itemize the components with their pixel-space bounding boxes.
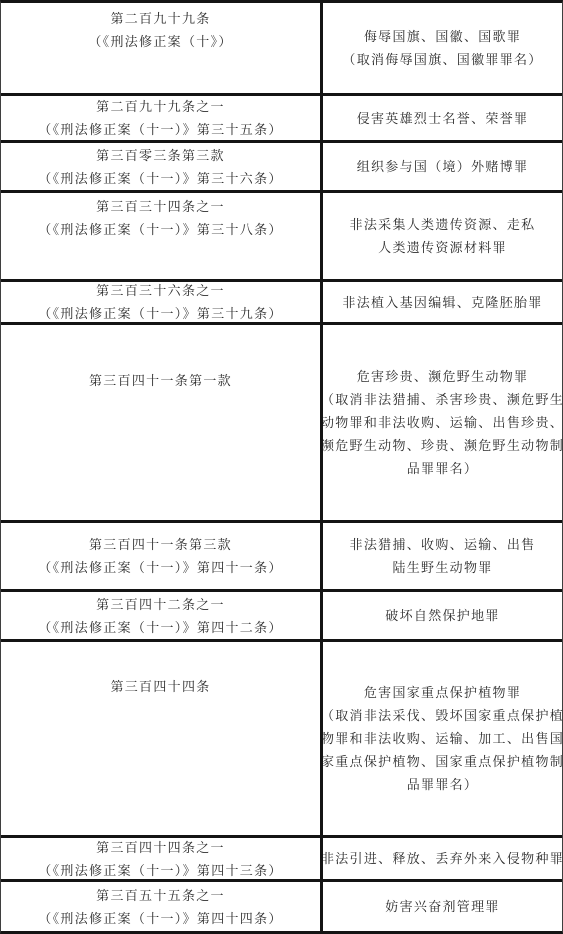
article-line: 第三百四十四条之一 xyxy=(96,838,225,859)
article-cell: 第三百五十五条之一 （《刑法修正案（十一）》第四十四条） xyxy=(1,882,323,931)
crime-line: （取消非法猎捕、杀害珍贵、濒危野生 xyxy=(323,388,562,411)
table-row: 第三百零三条第三款 （《刑法修正案（十一）》第三十六条） 组织参与国（境）外赌博… xyxy=(1,143,562,193)
article-line: 第三百四十二条之一 xyxy=(96,593,225,616)
crime-cell: 非法植入基因编辑、克隆胚胎罪 xyxy=(323,282,562,322)
article-line: 第三百三十四条之一 xyxy=(96,195,225,218)
crime-cell: 非法采集人类遗传资源、走私 人类遗传资源材料罪 xyxy=(323,193,562,279)
article-line: （《刑法修正案（十一）》第三十九条） xyxy=(38,302,282,322)
article-cell: 第三百四十二条之一 （《刑法修正案（十一）》第四十二条） xyxy=(1,592,323,639)
article-cell: 第三百三十四条之一 （《刑法修正案（十一）》第三十八条） xyxy=(1,193,323,279)
table-row: 第三百四十四条 危害国家重点保护植物罪 （取消非法采伐、毁坏国家重点保护植 物罪… xyxy=(1,642,562,838)
article-line: 第三百四十一条第三款 xyxy=(89,533,232,556)
article-line: 第二百九十九条 xyxy=(110,7,210,30)
article-line: 第三百零三条第三款 xyxy=(96,144,225,167)
crime-line: 人类遗传资源材料罪 xyxy=(378,236,507,259)
article-cell: 第三百四十四条 xyxy=(1,642,323,835)
crime-line: 非法植入基因编辑、克隆胚胎罪 xyxy=(342,291,542,314)
crime-line: 家重点保护植物、国家重点保护植物制 xyxy=(323,750,562,773)
crime-line: 非法猎捕、收购、运输、出售 xyxy=(350,533,536,556)
crime-line: 侮辱国旗、国徽、国歌罪 xyxy=(364,25,521,48)
table-row: 第二百九十九条 （《刑法修正案（十》） 侮辱国旗、国徽、国歌罪 （取消侮辱国旗、… xyxy=(1,3,562,96)
article-cell: 第二百九十九条 （《刑法修正案（十》） xyxy=(1,3,323,93)
article-line: 第三百三十六条之一 xyxy=(96,282,225,302)
article-cell: 第三百三十六条之一 （《刑法修正案（十一）》第三十九条） xyxy=(1,282,323,322)
crime-line: 物罪和非法收购、运输、加工、出售国 xyxy=(323,727,562,750)
crime-cell: 破坏自然保护地罪 xyxy=(323,592,562,639)
article-line: （《刑法修正案（十一）》第四十一条） xyxy=(38,556,282,579)
crime-line: （取消非法采伐、毁坏国家重点保护植 xyxy=(323,704,562,727)
crime-line: 非法采集人类遗传资源、走私 xyxy=(350,213,536,236)
crime-cell: 妨害兴奋剂管理罪 xyxy=(323,882,562,931)
criminal-law-amendments-table: 第二百九十九条 （《刑法修正案（十》） 侮辱国旗、国徽、国歌罪 （取消侮辱国旗、… xyxy=(0,0,563,934)
crime-cell: 组织参与国（境）外赌博罪 xyxy=(323,143,562,190)
article-line: （《刑法修正案（十一）》第三十六条） xyxy=(38,167,282,190)
table-row: 第三百四十二条之一 （《刑法修正案（十一）》第四十二条） 破坏自然保护地罪 xyxy=(1,592,562,642)
crime-cell: 侮辱国旗、国徽、国歌罪 （取消侮辱国旗、国徽罪罪名） xyxy=(323,3,562,93)
table-row: 第三百四十四条之一 （《刑法修正案（十一）》第四十三条） 非法引进、释放、丢弃外… xyxy=(1,838,562,882)
crime-line: 濒危野生动物、珍贵、濒危野生动物制 xyxy=(323,434,562,457)
crime-cell: 侵害英雄烈士名誉、荣誉罪 xyxy=(323,96,562,140)
crime-line: 非法引进、释放、丢弃外来入侵物种罪 xyxy=(323,847,562,870)
crime-line: 危害国家重点保护植物罪 xyxy=(364,681,521,704)
article-line: （《刑法修正案（十一）》第四十三条） xyxy=(38,859,282,880)
crime-line: 侵害英雄烈士名誉、荣誉罪 xyxy=(357,107,529,130)
article-line: （《刑法修正案（十一）》第三十五条） xyxy=(38,118,282,140)
article-cell: 第三百四十一条第一款 xyxy=(1,325,323,520)
crime-line: 动物罪和非法收购、运输、出售珍贵、 xyxy=(323,411,562,434)
article-line: 第三百四十四条 xyxy=(110,675,210,698)
article-line: （《刑法修正案（十》） xyxy=(88,30,232,53)
article-cell: 第三百四十四条之一 （《刑法修正案（十一）》第四十三条） xyxy=(1,838,323,879)
crime-line: 陆生野生动物罪 xyxy=(392,556,492,579)
crime-line: 危害珍贵、濒危野生动物罪 xyxy=(357,365,529,388)
table-row: 第三百三十四条之一 （《刑法修正案（十一）》第三十八条） 非法采集人类遗传资源、… xyxy=(1,193,562,282)
crime-cell: 非法引进、释放、丢弃外来入侵物种罪 xyxy=(323,838,562,879)
article-cell: 第三百零三条第三款 （《刑法修正案（十一）》第三十六条） xyxy=(1,143,323,190)
table-row: 第三百五十五条之一 （《刑法修正案（十一）》第四十四条） 妨害兴奋剂管理罪 xyxy=(1,882,562,931)
table-row: 第三百四十一条第一款 危害珍贵、濒危野生动物罪 （取消非法猎捕、杀害珍贵、濒危野… xyxy=(1,325,562,523)
crime-line: 品罪罪名） xyxy=(407,773,479,796)
crime-line: 妨害兴奋剂管理罪 xyxy=(385,895,499,918)
article-cell: 第二百九十九条之一 （《刑法修正案（十一）》第三十五条） xyxy=(1,96,323,140)
article-cell: 第三百四十一条第三款 （《刑法修正案（十一）》第四十一条） xyxy=(1,523,323,589)
crime-cell: 非法猎捕、收购、运输、出售 陆生野生动物罪 xyxy=(323,523,562,589)
crime-cell: 危害珍贵、濒危野生动物罪 （取消非法猎捕、杀害珍贵、濒危野生 动物罪和非法收购、… xyxy=(323,325,562,520)
table-row: 第三百三十六条之一 （《刑法修正案（十一）》第三十九条） 非法植入基因编辑、克隆… xyxy=(1,282,562,325)
crime-line: （取消侮辱国旗、国徽罪罪名） xyxy=(342,48,542,71)
article-line: （《刑法修正案（十一）》第四十二条） xyxy=(38,616,282,639)
article-line: （《刑法修正案（十一）》第三十八条） xyxy=(38,218,282,241)
crime-line: 组织参与国（境）外赌博罪 xyxy=(357,155,529,178)
table-row: 第三百四十一条第三款 （《刑法修正案（十一）》第四十一条） 非法猎捕、收购、运输… xyxy=(1,523,562,592)
crime-line: 破坏自然保护地罪 xyxy=(385,604,499,627)
crime-cell: 危害国家重点保护植物罪 （取消非法采伐、毁坏国家重点保护植 物罪和非法收购、运输… xyxy=(323,642,562,835)
crime-line: 品罪罪名） xyxy=(407,457,479,480)
article-line: 第二百九十九条之一 xyxy=(96,96,225,118)
article-line: （《刑法修正案（十一）》第四十四条） xyxy=(38,907,282,930)
table-row: 第二百九十九条之一 （《刑法修正案（十一）》第三十五条） 侵害英雄烈士名誉、荣誉… xyxy=(1,96,562,143)
article-line: 第三百五十五条之一 xyxy=(96,884,225,907)
article-line: 第三百四十一条第一款 xyxy=(89,369,232,392)
